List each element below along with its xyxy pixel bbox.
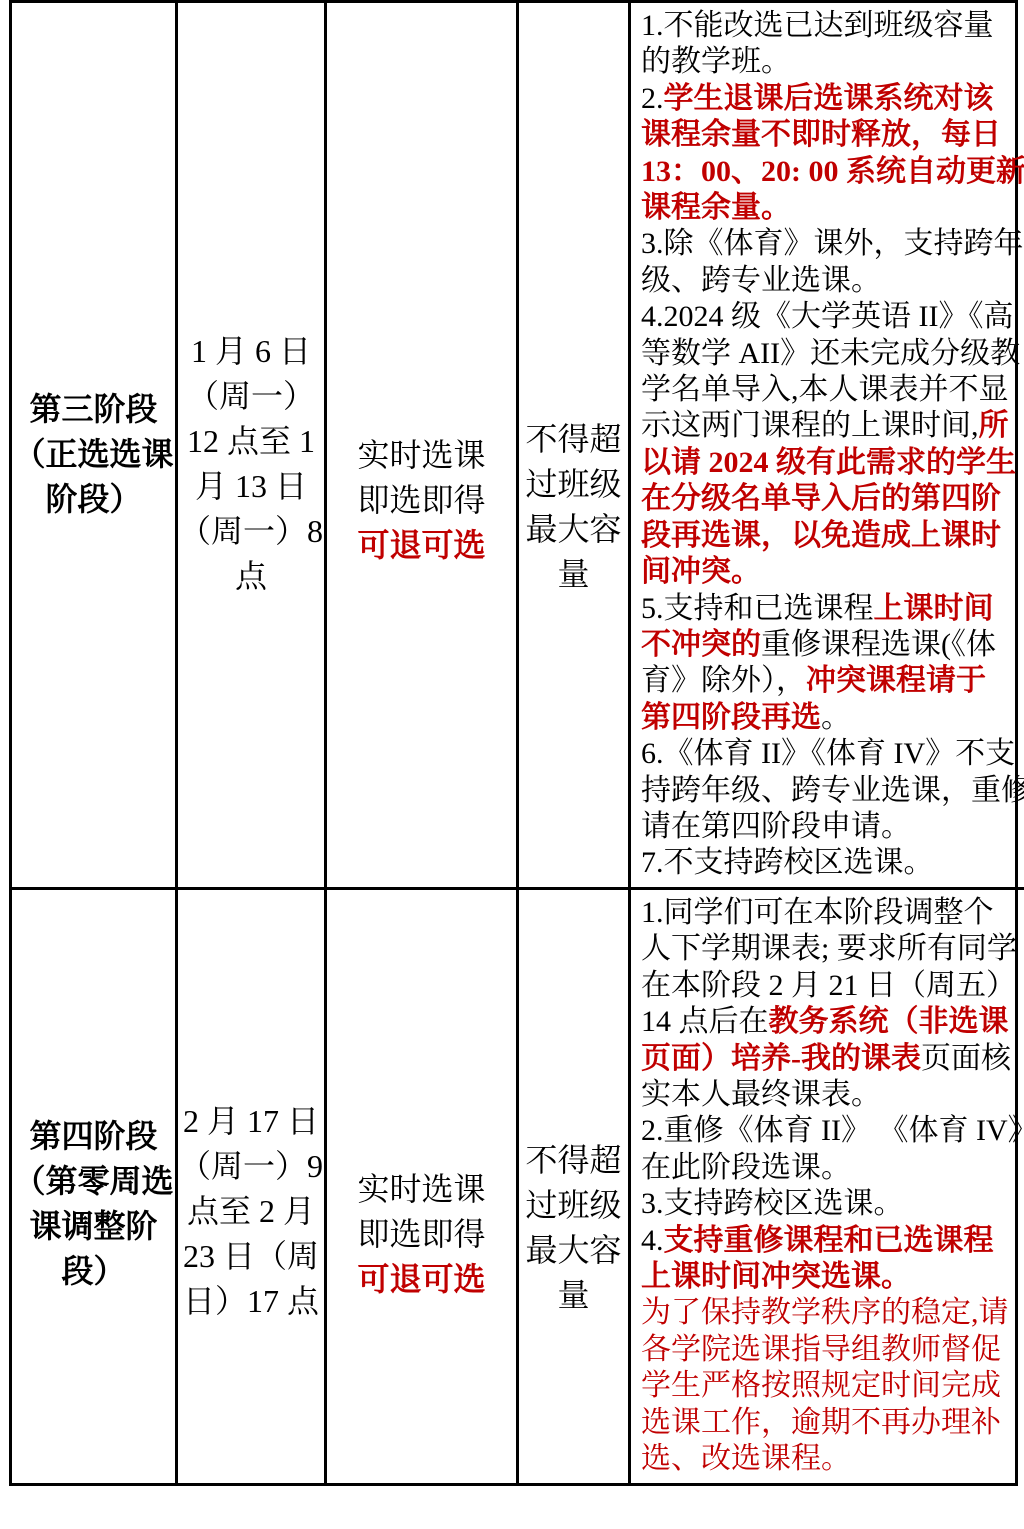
text-line: 13：00、20: 00 系统自动更新 bbox=[641, 154, 1024, 190]
text-line: （周一）9 bbox=[179, 1144, 323, 1189]
text-black: 页面核 bbox=[921, 1042, 1011, 1075]
capacity-cell-row2: 不得超过班级最大容量 bbox=[519, 890, 631, 1483]
rules-cell-content: 实时选课即选即得可退可选 bbox=[357, 1167, 485, 1302]
rules-cell-row2: 实时选课即选即得可退可选 bbox=[327, 890, 519, 1483]
time-cell-row1: 1 月 6 日（周一）12 点至 1月 13 日（周一）8点 bbox=[178, 3, 327, 890]
text-black: 等数学 AII》还未完成分级教 bbox=[641, 337, 1020, 370]
text-line: 以请 2024 级有此需求的学生 bbox=[641, 445, 1024, 481]
text-line: 第四阶段再选。 bbox=[641, 700, 1024, 736]
text-black: 学名单导入,本人课表并不显 bbox=[641, 373, 1009, 406]
text-line: （周一）8 bbox=[179, 509, 323, 554]
text-line: 间冲突。 bbox=[641, 554, 1024, 590]
text-line: 不得超 bbox=[525, 417, 621, 462]
text-line: 学名单导入,本人课表并不显 bbox=[641, 372, 1024, 408]
text-line: 最大容 bbox=[525, 1228, 621, 1273]
text-line: 5.支持和已选课程上课时间 bbox=[641, 591, 1024, 627]
text-black: 示这两门课程的上课时间, bbox=[641, 409, 979, 442]
text-red-bold: 冲突课程请于 bbox=[806, 664, 986, 697]
text-line: 为了保持教学秩序的稳定,请 bbox=[641, 1295, 1024, 1331]
text-line: 的教学班。 bbox=[641, 44, 1024, 80]
time-cell-row2: 2 月 17 日（周一）9点至 2 月23 日（周日）17 点 bbox=[178, 890, 327, 1483]
notes-cell-content: 1.不能改选已达到班级容量的教学班。2.学生退课后选课系统对该课程余量不即时释放… bbox=[641, 8, 1024, 882]
text-black: 即选即得 bbox=[357, 482, 485, 518]
text-line: 可退可选 bbox=[357, 523, 485, 568]
text-black: 。 bbox=[821, 701, 851, 734]
stage-cell-row1: 第三阶段（正选选课阶段） bbox=[12, 3, 178, 890]
stage-cell-row2: 第四阶段（第零周选课调整阶段） bbox=[12, 890, 178, 1483]
text-black: 6.《体育 II》《体育 IV》不支 bbox=[641, 737, 1015, 770]
text-line: 页面）培养-我的课表页面核 bbox=[641, 1041, 1024, 1077]
text-black: 的教学班。 bbox=[641, 45, 791, 78]
text-black: 即选即得 bbox=[357, 1216, 485, 1252]
text-line: 3.除《体育》课外，支持跨年 bbox=[641, 226, 1024, 262]
text-line: （正选选课 bbox=[13, 432, 173, 477]
text-red-bold: 课程余量不即时释放，每日 bbox=[641, 118, 1001, 151]
text-line: 第四阶段 bbox=[13, 1114, 173, 1159]
text-black: 实本人最终课表。 bbox=[641, 1078, 881, 1111]
text-red-bold: 以请 2024 级有此需求的学生 bbox=[641, 446, 1016, 479]
text-red: 为了保持教学秩序的稳定,请 bbox=[641, 1296, 1009, 1329]
text-red-bold: 可退可选 bbox=[357, 1261, 485, 1297]
text-line: 过班级 bbox=[525, 462, 621, 507]
text-black: 2. bbox=[641, 82, 664, 115]
text-line: 点至 2 月 bbox=[179, 1189, 323, 1234]
text-red-bold: 间冲突。 bbox=[641, 555, 761, 588]
text-red-bold: 上课时间 bbox=[874, 592, 994, 625]
text-black: 重修课程选课(《体 bbox=[761, 628, 996, 661]
text-black: 人下学期课表; 要求所有同学 bbox=[641, 932, 1017, 965]
text-line: 实时选课 bbox=[357, 433, 485, 478]
text-black: 5.支持和已选课程 bbox=[641, 592, 874, 625]
text-black: 级、跨专业选课。 bbox=[641, 264, 881, 297]
text-black: 1.不能改选已达到班级容量 bbox=[641, 9, 994, 42]
text-red: 学生严格按照规定时间完成 bbox=[641, 1369, 1001, 1402]
text-red-bold: 第四阶段再选 bbox=[641, 701, 821, 734]
text-line: 14 点后在教务系统（非选课 bbox=[641, 1004, 1024, 1040]
text-line: 1.不能改选已达到班级容量 bbox=[641, 8, 1024, 44]
time-cell-content: 2 月 17 日（周一）9点至 2 月23 日（周日）17 点 bbox=[179, 1099, 323, 1324]
stage-cell-content: 第三阶段（正选选课阶段） bbox=[13, 387, 173, 522]
text-line: 示这两门课程的上课时间,所 bbox=[641, 408, 1024, 444]
text-line: 学生严格按照规定时间完成 bbox=[641, 1368, 1024, 1404]
rules-cell-content: 实时选课即选即得可退可选 bbox=[357, 433, 485, 568]
text-line: 12 点至 1 bbox=[179, 419, 323, 464]
rules-cell-row1: 实时选课即选即得可退可选 bbox=[327, 3, 519, 890]
time-cell-content: 1 月 6 日（周一）12 点至 1月 13 日（周一）8点 bbox=[179, 329, 323, 599]
text-line: 课程余量不即时释放，每日 bbox=[641, 117, 1024, 153]
text-line: 持跨年级、跨专业选课，重修 bbox=[641, 773, 1024, 809]
text-line: 1 月 6 日 bbox=[179, 329, 323, 374]
text-line: 过班级 bbox=[525, 1183, 621, 1228]
text-line: 不冲突的重修课程选课(《体 bbox=[641, 627, 1024, 663]
notes-cell-row1: 1.不能改选已达到班级容量的教学班。2.学生退课后选课系统对该课程余量不即时释放… bbox=[631, 3, 1024, 890]
stage-cell-content: 第四阶段（第零周选课调整阶段） bbox=[13, 1114, 173, 1294]
text-black: 4. bbox=[641, 1224, 664, 1257]
notes-cell-content: 1.同学们可在本阶段调整个人下学期课表; 要求所有同学在本阶段 2 月 21 日… bbox=[641, 895, 1024, 1478]
text-line: 段） bbox=[13, 1249, 173, 1294]
text-line: 上课时间冲突选课。 bbox=[641, 1259, 1024, 1295]
text-line: 育》除外），冲突课程请于 bbox=[641, 663, 1024, 699]
text-red-bold: 可退可选 bbox=[357, 527, 485, 563]
text-red-bold: 课程余量。 bbox=[641, 191, 791, 224]
text-line: 段再选课，以免造成上课时 bbox=[641, 518, 1024, 554]
text-line: 等数学 AII》还未完成分级教 bbox=[641, 336, 1024, 372]
capacity-cell-content: 不得超过班级最大容量 bbox=[525, 417, 621, 597]
text-black: 2.重修《体育 II》 《体育 IV》 bbox=[641, 1114, 1024, 1147]
capacity-cell-row1: 不得超过班级最大容量 bbox=[519, 3, 631, 890]
text-line: 2.学生退课后选课系统对该 bbox=[641, 81, 1024, 117]
text-line: 第三阶段 bbox=[13, 387, 173, 432]
text-line: 选课工作，逾期不再办理补 bbox=[641, 1405, 1024, 1441]
text-line: 阶段） bbox=[13, 477, 173, 522]
text-black: 1.同学们可在本阶段调整个 bbox=[641, 896, 994, 929]
text-line: 3.支持跨校区选课。 bbox=[641, 1186, 1024, 1222]
text-red: 各学院选课指导组教师督促 bbox=[641, 1333, 1001, 1366]
text-line: 点 bbox=[179, 554, 323, 599]
text-line: 2.重修《体育 II》 《体育 IV》 bbox=[641, 1113, 1024, 1149]
text-black: 实时选课 bbox=[357, 437, 485, 473]
text-line: 不得超 bbox=[525, 1138, 621, 1183]
text-red-bold: 支持重修课程和已选课程 bbox=[664, 1224, 994, 1257]
text-black: 育》除外）， bbox=[641, 664, 806, 697]
text-black: 3.支持跨校区选课。 bbox=[641, 1187, 904, 1220]
text-red-bold: 学生退课后选课系统对该 bbox=[664, 82, 994, 115]
text-line: 1.同学们可在本阶段调整个 bbox=[641, 895, 1024, 931]
text-line: （周一） bbox=[179, 374, 323, 419]
text-line: 实时选课 bbox=[357, 1167, 485, 1212]
text-line: 级、跨专业选课。 bbox=[641, 263, 1024, 299]
text-line: 日）17 点 bbox=[179, 1279, 323, 1324]
text-red-bold: 段再选课，以免造成上课时 bbox=[641, 519, 1001, 552]
text-black: 在本阶段 2 月 21 日（周五） bbox=[641, 969, 1016, 1002]
notes-cell-row2: 1.同学们可在本阶段调整个人下学期课表; 要求所有同学在本阶段 2 月 21 日… bbox=[631, 890, 1024, 1483]
text-line: 选、改选课程。 bbox=[641, 1441, 1024, 1477]
text-red-bold: 13：00、20: 00 系统自动更新 bbox=[641, 155, 1024, 188]
text-line: 可退可选 bbox=[357, 1257, 485, 1302]
text-red-bold: 不冲突的 bbox=[641, 628, 761, 661]
text-line: 在此阶段选课。 bbox=[641, 1150, 1024, 1186]
text-black: 请在第四阶段申请。 bbox=[641, 810, 911, 843]
text-line: 人下学期课表; 要求所有同学 bbox=[641, 931, 1024, 967]
text-line: 在本阶段 2 月 21 日（周五） bbox=[641, 968, 1024, 1004]
text-line: 量 bbox=[525, 1273, 621, 1318]
text-red-bold: 所 bbox=[979, 409, 1009, 442]
text-line: 最大容 bbox=[525, 507, 621, 552]
course-selection-table: 第三阶段（正选选课阶段）1 月 6 日（周一）12 点至 1月 13 日（周一）… bbox=[9, 0, 1018, 1486]
text-red: 选、改选课程。 bbox=[641, 1442, 851, 1475]
text-line: 月 13 日 bbox=[179, 464, 323, 509]
text-line: （第零周选 bbox=[13, 1159, 173, 1204]
text-line: 4.支持重修课程和已选课程 bbox=[641, 1223, 1024, 1259]
text-line: 6.《体育 II》《体育 IV》不支 bbox=[641, 736, 1024, 772]
text-line: 即选即得 bbox=[357, 478, 485, 523]
text-line: 7.不支持跨校区选课。 bbox=[641, 845, 1024, 881]
text-black: 3.除《体育》课外，支持跨年 bbox=[641, 227, 1024, 260]
text-black: 14 点后在 bbox=[641, 1005, 769, 1038]
text-black: 在此阶段选课。 bbox=[641, 1151, 851, 1184]
text-red-bold: 页面）培养-我的课表 bbox=[641, 1042, 921, 1075]
text-line: 在分级名单导入后的第四阶 bbox=[641, 481, 1024, 517]
text-black: 4.2024 级《大学英语 II》《高 bbox=[641, 300, 1013, 333]
capacity-cell-content: 不得超过班级最大容量 bbox=[525, 1138, 621, 1318]
text-line: 各学院选课指导组教师督促 bbox=[641, 1332, 1024, 1368]
text-line: 课程余量。 bbox=[641, 190, 1024, 226]
text-line: 量 bbox=[525, 552, 621, 597]
text-line: 2 月 17 日 bbox=[179, 1099, 323, 1144]
text-line: 请在第四阶段申请。 bbox=[641, 809, 1024, 845]
document-page: 第三阶段（正选选课阶段）1 月 6 日（周一）12 点至 1月 13 日（周一）… bbox=[0, 0, 1024, 1529]
text-line: 23 日（周 bbox=[179, 1234, 323, 1279]
text-line: 4.2024 级《大学英语 II》《高 bbox=[641, 299, 1024, 335]
text-red-bold: 教务系统（非选课 bbox=[769, 1005, 1009, 1038]
text-black: 持跨年级、跨专业选课，重修 bbox=[641, 774, 1024, 807]
text-red-bold: 在分级名单导入后的第四阶 bbox=[641, 482, 1001, 515]
text-black: 7.不支持跨校区选课。 bbox=[641, 846, 934, 879]
text-line: 即选即得 bbox=[357, 1212, 485, 1257]
text-red: 选课工作，逾期不再办理补 bbox=[641, 1406, 1001, 1439]
text-line: 课调整阶 bbox=[13, 1204, 173, 1249]
text-red-bold: 上课时间冲突选课。 bbox=[641, 1260, 911, 1293]
text-line: 实本人最终课表。 bbox=[641, 1077, 1024, 1113]
text-black: 实时选课 bbox=[357, 1171, 485, 1207]
